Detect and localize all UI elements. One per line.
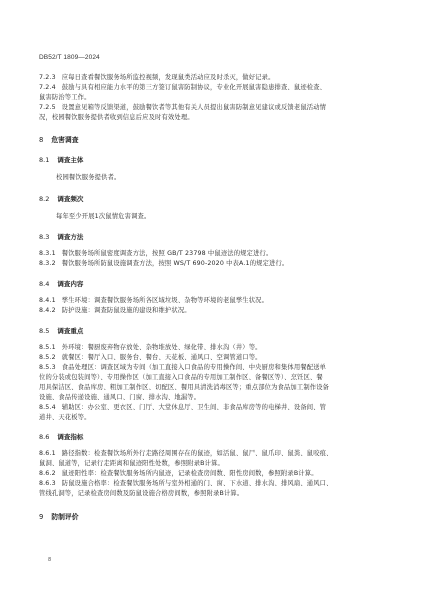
heading-8-4: 8.4调查内容 — [39, 279, 83, 288]
standard-header: DB52/T 1809—2024 — [39, 54, 100, 61]
clause-8-6-2: 8.6.2鼠迹阳性率：检查餐饮服务场所内鼠迹，记录检查房间数、阳性房间数，参照附… — [39, 470, 318, 478]
clause-8-6-1-cont: 鼠洞、鼠道等，记录行走距离和鼠迹阳性处数，参照附录B计算。 — [39, 460, 224, 468]
clause-8-3-2: 8.3.2餐饮服务场所防鼠设施调查方法，按照 WS/T 690-2020 中表A… — [39, 260, 288, 268]
clause-7-2-4-cont: 鼠害防治等工作。 — [39, 94, 91, 102]
heading-8-6: 8.6调查指标 — [39, 432, 83, 441]
heading-8-5: 8.5调查重点 — [39, 326, 83, 335]
clause-8-6-1: 8.6.1路径指数：检查餐饮场所外行走路径周围存在的鼠迹，如活鼠、鼠尸、鼠爪印、… — [39, 450, 333, 458]
clause-8-5-2: 8.5.2就餐区：餐厅入口、服务台、餐台、天花板、通风口、空调管道口等。 — [39, 354, 262, 362]
clause-8-5-3-cont2: 用具保洁区、食品库房、粗加工制作区、切配区、餐用具清洗消毒区等；重点部位为食品加… — [39, 384, 329, 392]
clause-8-5-4: 8.5.4辅助区：办公室、更衣区、门厅、大堂休息厅、卫生间、非食品库房等的电梯井… — [39, 404, 326, 412]
document-page: DB52/T 1809—2024 7.2.3应每日查看餐饮服务场所监控视频，发现… — [0, 0, 424, 600]
clause-7-2-4: 7.2.4鼓励与具有相应能力水平的第三方签订鼠害防制协议，专业化开展鼠害隐患排查… — [39, 84, 326, 92]
heading-8-2: 8.2调查频次 — [39, 194, 83, 203]
clause-8-4-2: 8.4.2防护设施：调查防鼠设施的建设和维护状况。 — [39, 307, 191, 315]
clause-8-6-3: 8.6.3防鼠设施合格率：检查餐饮服务场所与室外相通的门、窗、下水道、排水沟、排… — [39, 480, 333, 488]
clause-7-2-5-cont: 况，校园餐饮服务提供者收到信息后应及时有效处理。 — [39, 114, 194, 122]
clause-7-2-5: 7.2.5设置意见箱等反馈渠道，鼓励餐饮者等其他有关人员提出鼠害防制意见建议或反… — [39, 104, 326, 112]
clause-8-4-1: 8.4.1孳生环境：调查餐饮服务场所各区域垃圾、杂物等环境的老鼠孳生状况。 — [39, 297, 268, 305]
body-8-1: 校园餐饮服务提供者。 — [56, 174, 120, 182]
body-8-2: 每年至少开展1次鼠情危害调查。 — [56, 213, 150, 221]
section-heading-9: 9防制评价 — [39, 511, 79, 521]
clause-8-5-4-cont: 道井、天花板等。 — [39, 414, 91, 422]
clause-8-5-3-cont1: 位的分装或包装间等）、专用操作区（加工直接入口食品的专用加工制作区、备餐区等）、… — [39, 374, 323, 382]
clause-8-3-1: 8.3.1餐饮服务场所鼠密度调查方法，按照 GB/T 23798 中鼠迹法的规定… — [39, 250, 272, 258]
clause-8-5-1: 8.5.1外环境：餐厨废弃物存放处、杂物堆放处、绿化带、排水沟（井）等。 — [39, 344, 262, 352]
heading-8-3: 8.3调查方法 — [39, 232, 83, 241]
page-number: 8 — [48, 557, 51, 563]
section-heading-8: 8危害调查 — [39, 134, 79, 144]
clause-8-5-3-cont3: 设施、食品传递设施、通风口、门窗、排水沟、地漏等。 — [39, 394, 200, 402]
clause-8-6-3-cont: 管线孔洞等，记录检查房间数及防鼠设施合格房间数，参照附录B计算。 — [39, 490, 243, 498]
heading-8-1: 8.1调查主体 — [39, 155, 83, 164]
clause-7-2-3: 7.2.3应每日查看餐饮服务场所监控视频，发现鼠类活动应及时杀灭，做好记录。 — [39, 74, 275, 82]
clause-8-5-3: 8.5.3食品处理区：调查区域为专间（加工直接入口食品的专用操作间、中央厨房和集… — [39, 364, 326, 372]
